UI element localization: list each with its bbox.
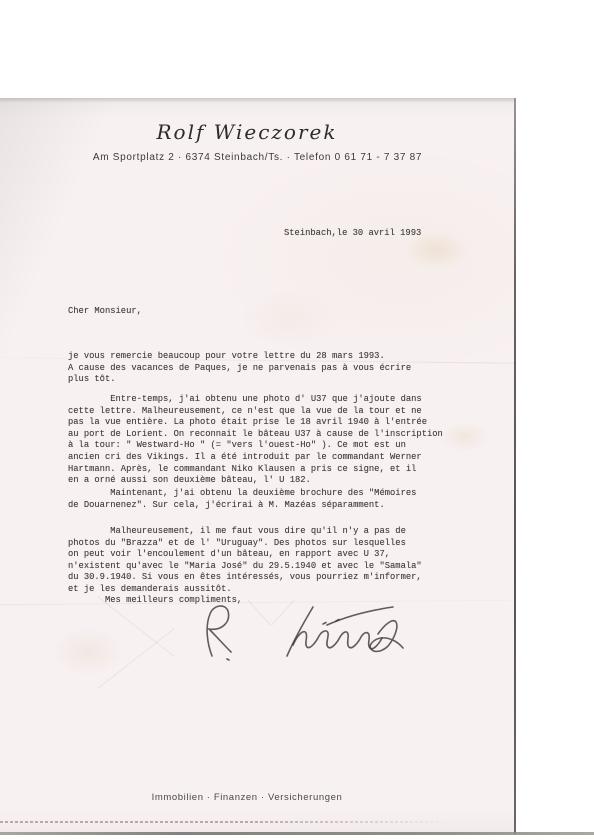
age-stain xyxy=(50,626,126,678)
footer-dotted-rule xyxy=(0,821,452,823)
signature-scrawl xyxy=(180,598,450,673)
paragraph-no-photos: Malheureusement, il me faut vous dire qu… xyxy=(68,526,422,596)
letterhead-name: Rolf Wieczorek xyxy=(0,120,494,144)
age-stain xyxy=(240,289,336,349)
paper-top-shadow xyxy=(0,98,515,103)
date-line: Steinbach,le 30 avril 1993 xyxy=(284,228,421,240)
paragraph-thanks: je vous remercie beaucoup pour votre let… xyxy=(68,351,411,386)
letterhead-contact-line: Am Sportplatz 2 · 6374 Steinbach/Ts. · T… xyxy=(0,152,515,163)
scan-canvas: Rolf Wieczorek Am Sportplatz 2 · 6374 St… xyxy=(0,0,594,840)
footer-services-line: Immobilien · Finanzen · Versicherungen xyxy=(0,792,494,803)
paper-right-edge-shadow xyxy=(514,98,516,834)
paragraph-u37-photo: Entre-temps, j'ai obtenu une photo d' U3… xyxy=(68,394,443,487)
letter-paper: Rolf Wieczorek Am Sportplatz 2 · 6374 St… xyxy=(0,98,515,832)
paper-bottom-edge-shadow xyxy=(0,832,594,835)
paragraph-brochure: Maintenant, j'ai obtenu la deuxième broc… xyxy=(68,488,416,511)
salutation: Cher Monsieur, xyxy=(68,306,142,318)
age-stain xyxy=(440,421,490,453)
paper-crease xyxy=(98,629,174,689)
